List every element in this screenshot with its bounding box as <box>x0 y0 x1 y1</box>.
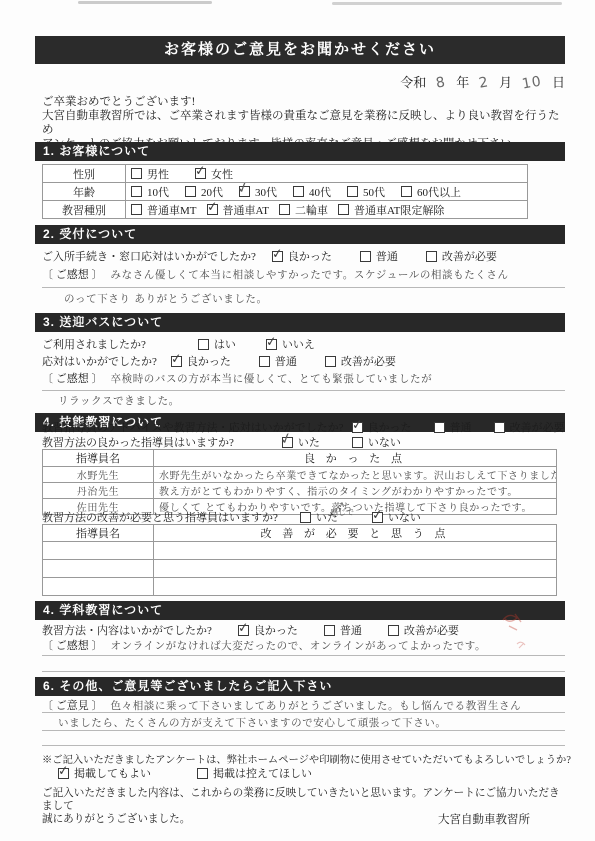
checkbox-icon[interactable] <box>279 204 290 215</box>
improve-points-table: 指導員名 改 善 が 必 要 と 思 う 点 <box>42 524 557 596</box>
table-row: 丹治先生教え方がとてもわかりやすく、指示のタイミングがわかりやすかったです。 <box>43 483 557 499</box>
age-option-label: 10代 <box>147 184 169 200</box>
checkbox-icon[interactable] <box>171 356 182 367</box>
month-suffix: 月 <box>499 72 512 91</box>
checkbox-icon[interactable] <box>198 339 209 350</box>
checkbox-icon[interactable] <box>338 204 349 215</box>
handwritten-comment: 卒検時のバスの方が本当に優しくて、とても緊張していましたが <box>111 371 433 386</box>
checkbox-icon[interactable] <box>238 625 249 636</box>
handwritten-comment: のって下さり ありがとうございました。 <box>64 291 268 306</box>
improve-instructor-options: いたいない <box>300 509 421 525</box>
course-option-label: 普通車AT限定解除 <box>354 202 444 218</box>
publish-option-0[interactable]: 掲載してもよい <box>58 765 151 781</box>
checkbox-icon[interactable] <box>426 251 437 262</box>
academic-question: 教習方法・内容はいかがでしたか? <box>42 622 212 638</box>
bus-response-option-label: 改善が必要 <box>341 353 396 369</box>
publish-options-row: 掲載してもよい掲載は控えてほしい <box>58 765 312 781</box>
checkbox-icon[interactable] <box>195 168 206 179</box>
advice-option-label: 普通 <box>450 419 472 435</box>
handwritten-comment: オンラインがなければ大変だったので、オンラインがあってよかったです。 <box>111 638 487 653</box>
bus-use-option-1[interactable]: いいえ <box>266 336 315 352</box>
company-signature: 大宮自動車教習所 <box>438 811 530 827</box>
publish-option-1[interactable]: 掲載は控えてほしい <box>197 765 312 781</box>
checkbox-icon[interactable] <box>185 186 196 197</box>
course-option-label: 普通車AT <box>223 202 269 218</box>
scan-artifact <box>78 1 212 4</box>
publish-option-label: 掲載してもよい <box>74 765 151 781</box>
checkbox-icon[interactable] <box>324 625 335 636</box>
advice-option-label: 改善が必要 <box>510 419 565 435</box>
checkbox-icon[interactable] <box>401 186 412 197</box>
bus-response-option-1[interactable]: 普通 <box>259 353 297 369</box>
academic-option-0[interactable]: 良かった <box>238 622 298 638</box>
handwritten-year: 8 <box>435 74 448 91</box>
good-instructor-options: いたいない <box>282 434 401 450</box>
course-option-label: 二輪車 <box>295 202 328 218</box>
age-option-label: 20代 <box>201 184 223 200</box>
academic-question-row: 教習方法・内容はいかがでしたか? 良かった普通改善が必要 <box>42 622 459 638</box>
reception-comment: 〔 ご感想 〕 みなさん優しくて本当に相談しやすかったです。スケジュールの相談も… <box>42 266 509 282</box>
checkbox-icon[interactable] <box>494 422 505 433</box>
comment-cell: 水野先生がいなかったら卒業できてなかったと思います。沢山おしえて下さりました。 <box>154 467 557 483</box>
improve-instructor-question: 教習方法の改善が必要と思う指導員はいますか? <box>42 509 278 525</box>
reception-option-label: 良かった <box>288 248 332 264</box>
advice-option-0[interactable]: 良かった <box>352 419 412 435</box>
instructor-name-cell <box>43 578 154 596</box>
intro-line: ご卒業おめでとうございます! <box>42 95 565 109</box>
day-suffix: 日 <box>552 72 565 91</box>
bus-use-options: はいいいえ <box>198 336 315 352</box>
table-row <box>43 578 557 596</box>
checkbox-icon[interactable] <box>131 168 142 179</box>
comment-label: 〔 ご意見 〕 <box>42 697 103 713</box>
course-options: 普通車MT普通車AT二輪車普通車AT限定解除 <box>131 202 522 218</box>
section1-header: 1. お客様について <box>35 142 565 161</box>
gender-option-0[interactable]: 男性 <box>131 166 169 182</box>
bus-use-question: ご利用されましたか? <box>42 336 146 352</box>
date-line: 令和 8 年 2 月 10 日 <box>35 72 565 91</box>
table-row: 性別 男性女性 <box>43 165 528 183</box>
advice-option-2[interactable]: 改善が必要 <box>494 419 565 435</box>
checkbox-icon[interactable] <box>300 512 311 523</box>
other-comment: 〔 ご意見 〕 色々相談に乗って下さいましてありがとうございました。もし悩んでる… <box>42 697 521 713</box>
reception-comment-2: のって下さり ありがとうございました。 <box>56 291 268 306</box>
handwritten-comment: いましたら、たくさんの方が支えて下さいますので安心して頑張って下さい。 <box>58 715 447 730</box>
bus-response-option-2[interactable]: 改善が必要 <box>325 353 396 369</box>
gender-option-1[interactable]: 女性 <box>195 166 233 182</box>
academic-option-label: 良かった <box>254 622 298 638</box>
checkbox-icon[interactable] <box>272 251 283 262</box>
advice-options: 良かった普通改善が必要 <box>352 419 565 435</box>
gender-option-label: 女性 <box>211 166 233 182</box>
table-header-row: 指導員名 改 善 が 必 要 と 思 う 点 <box>43 525 557 542</box>
era-label: 令和 <box>400 72 426 91</box>
academic-comment: 〔 ご感想 〕 オンラインがなければ大変だったので、オンラインがあってよかったで… <box>42 637 486 653</box>
improve-instructor-option-label: いない <box>388 509 421 525</box>
writing-line <box>42 390 565 391</box>
checkbox-icon[interactable] <box>58 768 69 779</box>
instructor-name-cell: 丹治先生 <box>43 483 154 499</box>
table-row: 教習種別 普通車MT普通車AT二輪車普通車AT限定解除 <box>43 201 528 219</box>
academic-option-1[interactable]: 普通 <box>324 622 362 638</box>
instructor-name-cell <box>43 560 154 578</box>
comment-label: 〔 ご感想 〕 <box>42 266 103 282</box>
section4-academic-header: 4. 学科教習について <box>35 601 565 620</box>
improve-points-rows <box>43 542 557 596</box>
improve-points-header: 改 善 が 必 要 と 思 う 点 <box>154 525 557 542</box>
course-label: 教習種別 <box>43 201 126 219</box>
instructor-name-cell <box>43 542 154 560</box>
reception-question: ご入所手続き・窓口応対はいかがでしたか? <box>42 248 256 264</box>
comment-cell: 教え方がとてもわかりやすく、指示のタイミングがわかりやすかったです。 <box>154 483 557 499</box>
age-option-3[interactable]: 40代 <box>293 184 331 200</box>
bus-response-option-label: 良かった <box>187 353 231 369</box>
checkbox-icon[interactable] <box>325 356 336 367</box>
academic-option-label: 改善が必要 <box>404 622 459 638</box>
course-option-0[interactable]: 普通車MT <box>131 202 197 218</box>
checkbox-icon[interactable] <box>352 437 363 448</box>
instructor-name-cell: 水野先生 <box>43 467 154 483</box>
bus-comment: 〔 ご感想 〕 卒検時のバスの方が本当に優しくて、とても緊張していましたが <box>42 370 432 386</box>
age-option-0[interactable]: 10代 <box>131 184 169 200</box>
advice-option-1[interactable]: 普通 <box>434 419 472 435</box>
bus-use-option-0[interactable]: はい <box>198 336 236 352</box>
scan-artifact <box>332 2 562 5</box>
checkbox-icon[interactable] <box>131 204 142 215</box>
gender-label: 性別 <box>43 165 126 183</box>
age-option-4[interactable]: 50代 <box>347 184 385 200</box>
checkbox-icon[interactable] <box>347 186 358 197</box>
age-option-label: 50代 <box>363 184 385 200</box>
handwritten-comment: 色々相談に乗って下さいましてありがとうございました。もし悩んでる教習生さん <box>111 698 522 713</box>
reception-option-label: 普通 <box>376 248 398 264</box>
bus-response-question: 応対はいかがでしたか? <box>42 353 157 369</box>
bus-response-options: 良かった普通改善が必要 <box>171 353 396 369</box>
reception-options: 良かった普通改善が必要 <box>272 248 497 264</box>
checkbox-icon[interactable] <box>266 339 277 350</box>
improve-instructor-option-label: いた <box>316 509 338 525</box>
table-row <box>43 542 557 560</box>
red-stamp-mark <box>495 610 550 655</box>
age-option-5[interactable]: 60代以上 <box>401 184 461 200</box>
checkbox-icon[interactable] <box>207 204 218 215</box>
reception-question-row: ご入所手続き・窓口応対はいかがでしたか? 良かった普通改善が必要 <box>42 248 497 264</box>
good-instructor-option-label: いた <box>298 434 320 450</box>
section2-header: 2. 受付について <box>35 225 565 244</box>
instructor-name-header: 指導員名 <box>43 450 154 467</box>
checkbox-icon[interactable] <box>197 768 208 779</box>
checkbox-icon[interactable] <box>388 625 399 636</box>
closing-line: ご記入いただきました内容は、これからの業務に反映していきたいと思います。アンケー… <box>42 787 565 813</box>
table-row <box>43 560 557 578</box>
checkbox-icon[interactable] <box>239 186 250 197</box>
age-option-label: 30代 <box>255 184 277 200</box>
table-row: 水野先生水野先生がいなかったら卒業できてなかったと思います。沢山おしえて下さりま… <box>43 467 557 483</box>
improve-instructor-question-row: 教習方法の改善が必要と思う指導員はいますか? いたいない <box>42 509 421 525</box>
writing-line <box>42 655 565 656</box>
good-points-table: 指導員名 良 か っ た 点 水野先生水野先生がいなかったら卒業できてなかったと… <box>42 449 557 515</box>
course-option-1[interactable]: 普通車AT <box>207 202 269 218</box>
bus-use-option-label: はい <box>214 336 236 352</box>
course-option-3[interactable]: 普通車AT限定解除 <box>338 202 444 218</box>
page-title: お客様のご意見をお聞かせください <box>35 36 565 64</box>
bus-comment-2: リラックスできました。 <box>50 393 180 408</box>
bus-use-option-label: いいえ <box>282 336 315 352</box>
section3-header: 3. 送迎バスについて <box>35 313 565 332</box>
writing-line <box>42 287 565 288</box>
comment-cell <box>154 542 557 560</box>
publish-option-label: 掲載は控えてほしい <box>213 765 312 781</box>
age-label: 年齢 <box>43 183 126 201</box>
writing-line <box>42 712 565 713</box>
other-comment-2: いましたら、たくさんの方が支えて下さいますので安心して頑張って下さい。 <box>50 715 447 730</box>
improve-instructor-option-0[interactable]: いた <box>300 509 338 525</box>
good-points-rows: 水野先生水野先生がいなかったら卒業できてなかったと思います。沢山おしえて下さりま… <box>43 467 557 515</box>
reception-option-2[interactable]: 改善が必要 <box>426 248 497 264</box>
gender-options: 男性女性 <box>131 166 522 182</box>
reception-option-1[interactable]: 普通 <box>360 248 398 264</box>
age-options: 10代20代30代40代50代60代以上 <box>131 184 522 200</box>
good-instructor-option-0[interactable]: いた <box>282 434 320 450</box>
comment-cell <box>154 578 557 596</box>
year-suffix: 年 <box>456 72 469 91</box>
course-option-label: 普通車MT <box>147 202 197 218</box>
good-instructor-question-row: 教習方法の良かった指導員はいますか? いたいない <box>42 434 401 450</box>
advice-question: 教習指導員のアドバイスや教習方法・応対はいかがでしたか? <box>42 419 344 435</box>
age-option-label: 40代 <box>309 184 331 200</box>
academic-option-label: 普通 <box>340 622 362 638</box>
improve-instructor-option-1[interactable]: いない <box>372 509 421 525</box>
advice-option-label: 良かった <box>368 419 412 435</box>
handwritten-comment: みなさん優しくて本当に相談しやすかったです。スケジュールの相談もたくさん <box>111 267 509 282</box>
checkbox-icon[interactable] <box>360 251 371 262</box>
reception-option-0[interactable]: 良かった <box>272 248 332 264</box>
publish-options: 掲載してもよい掲載は控えてほしい <box>58 765 312 781</box>
course-option-2[interactable]: 二輪車 <box>279 202 328 218</box>
checkbox-icon[interactable] <box>372 512 383 523</box>
instructor-name-header: 指導員名 <box>43 525 154 542</box>
good-instructor-question: 教習方法の良かった指導員はいますか? <box>42 434 234 450</box>
bus-use-question-row: ご利用されましたか? はいいいえ <box>42 336 315 352</box>
advice-question-wrap: 教習指導員のアドバイスや教習方法・応対はいかがでしたか? 良かった普通改善が必要 <box>42 419 565 435</box>
writing-line <box>42 745 565 746</box>
academic-option-2[interactable]: 改善が必要 <box>388 622 459 638</box>
checkbox-icon[interactable] <box>131 186 142 197</box>
intro-line: 大宮自動車教習所では、ご卒業されます皆様の貴重なご意見を業務に反映し、より良い教… <box>42 109 565 137</box>
age-option-2[interactable]: 30代 <box>239 184 277 200</box>
table-row: 年齢 10代20代30代40代50代60代以上 <box>43 183 528 201</box>
gender-option-label: 男性 <box>147 166 169 182</box>
handwritten-day: 10 <box>521 73 543 92</box>
age-option-1[interactable]: 20代 <box>185 184 223 200</box>
good-instructor-option-label: いない <box>368 434 401 450</box>
handwritten-comment: リラックスできました。 <box>58 393 180 408</box>
publish-permission-note: ※ご記入いただきましたアンケートは、弊社ホームページや印刷物に使用させていただい… <box>42 751 572 766</box>
questionnaire-sheet: お客様のご意見をお聞かせください 令和 8 年 2 月 10 日 ご卒業おめでと… <box>0 0 595 841</box>
academic-options: 良かった普通改善が必要 <box>238 622 459 638</box>
bus-response-option-0[interactable]: 良かった <box>171 353 231 369</box>
handwritten-month: 2 <box>478 74 491 91</box>
age-option-label: 60代以上 <box>417 184 461 200</box>
section6-header: 6. その他、ご意見等ございましたらご記入下さい <box>35 677 565 696</box>
checkbox-icon[interactable] <box>293 186 304 197</box>
customer-info-table: 性別 男性女性 年齢 10代20代30代40代50代60代以上 教習種別 普通車… <box>42 164 528 219</box>
comment-label: 〔 ご感想 〕 <box>42 637 103 653</box>
comment-label: 〔 ご感想 〕 <box>42 370 103 386</box>
bus-response-option-label: 普通 <box>275 353 297 369</box>
writing-line <box>42 671 565 672</box>
good-instructor-option-1[interactable]: いない <box>352 434 401 450</box>
reception-option-label: 改善が必要 <box>442 248 497 264</box>
checkbox-icon[interactable] <box>352 422 363 433</box>
writing-line <box>42 730 565 731</box>
good-points-header: 良 か っ た 点 <box>154 450 557 467</box>
checkbox-icon[interactable] <box>259 356 270 367</box>
checkbox-icon[interactable] <box>434 422 445 433</box>
table-header-row: 指導員名 良 か っ た 点 <box>43 450 557 467</box>
bus-response-question-row: 応対はいかがでしたか? 良かった普通改善が必要 <box>42 353 396 369</box>
checkbox-icon[interactable] <box>282 437 293 448</box>
comment-cell <box>154 560 557 578</box>
